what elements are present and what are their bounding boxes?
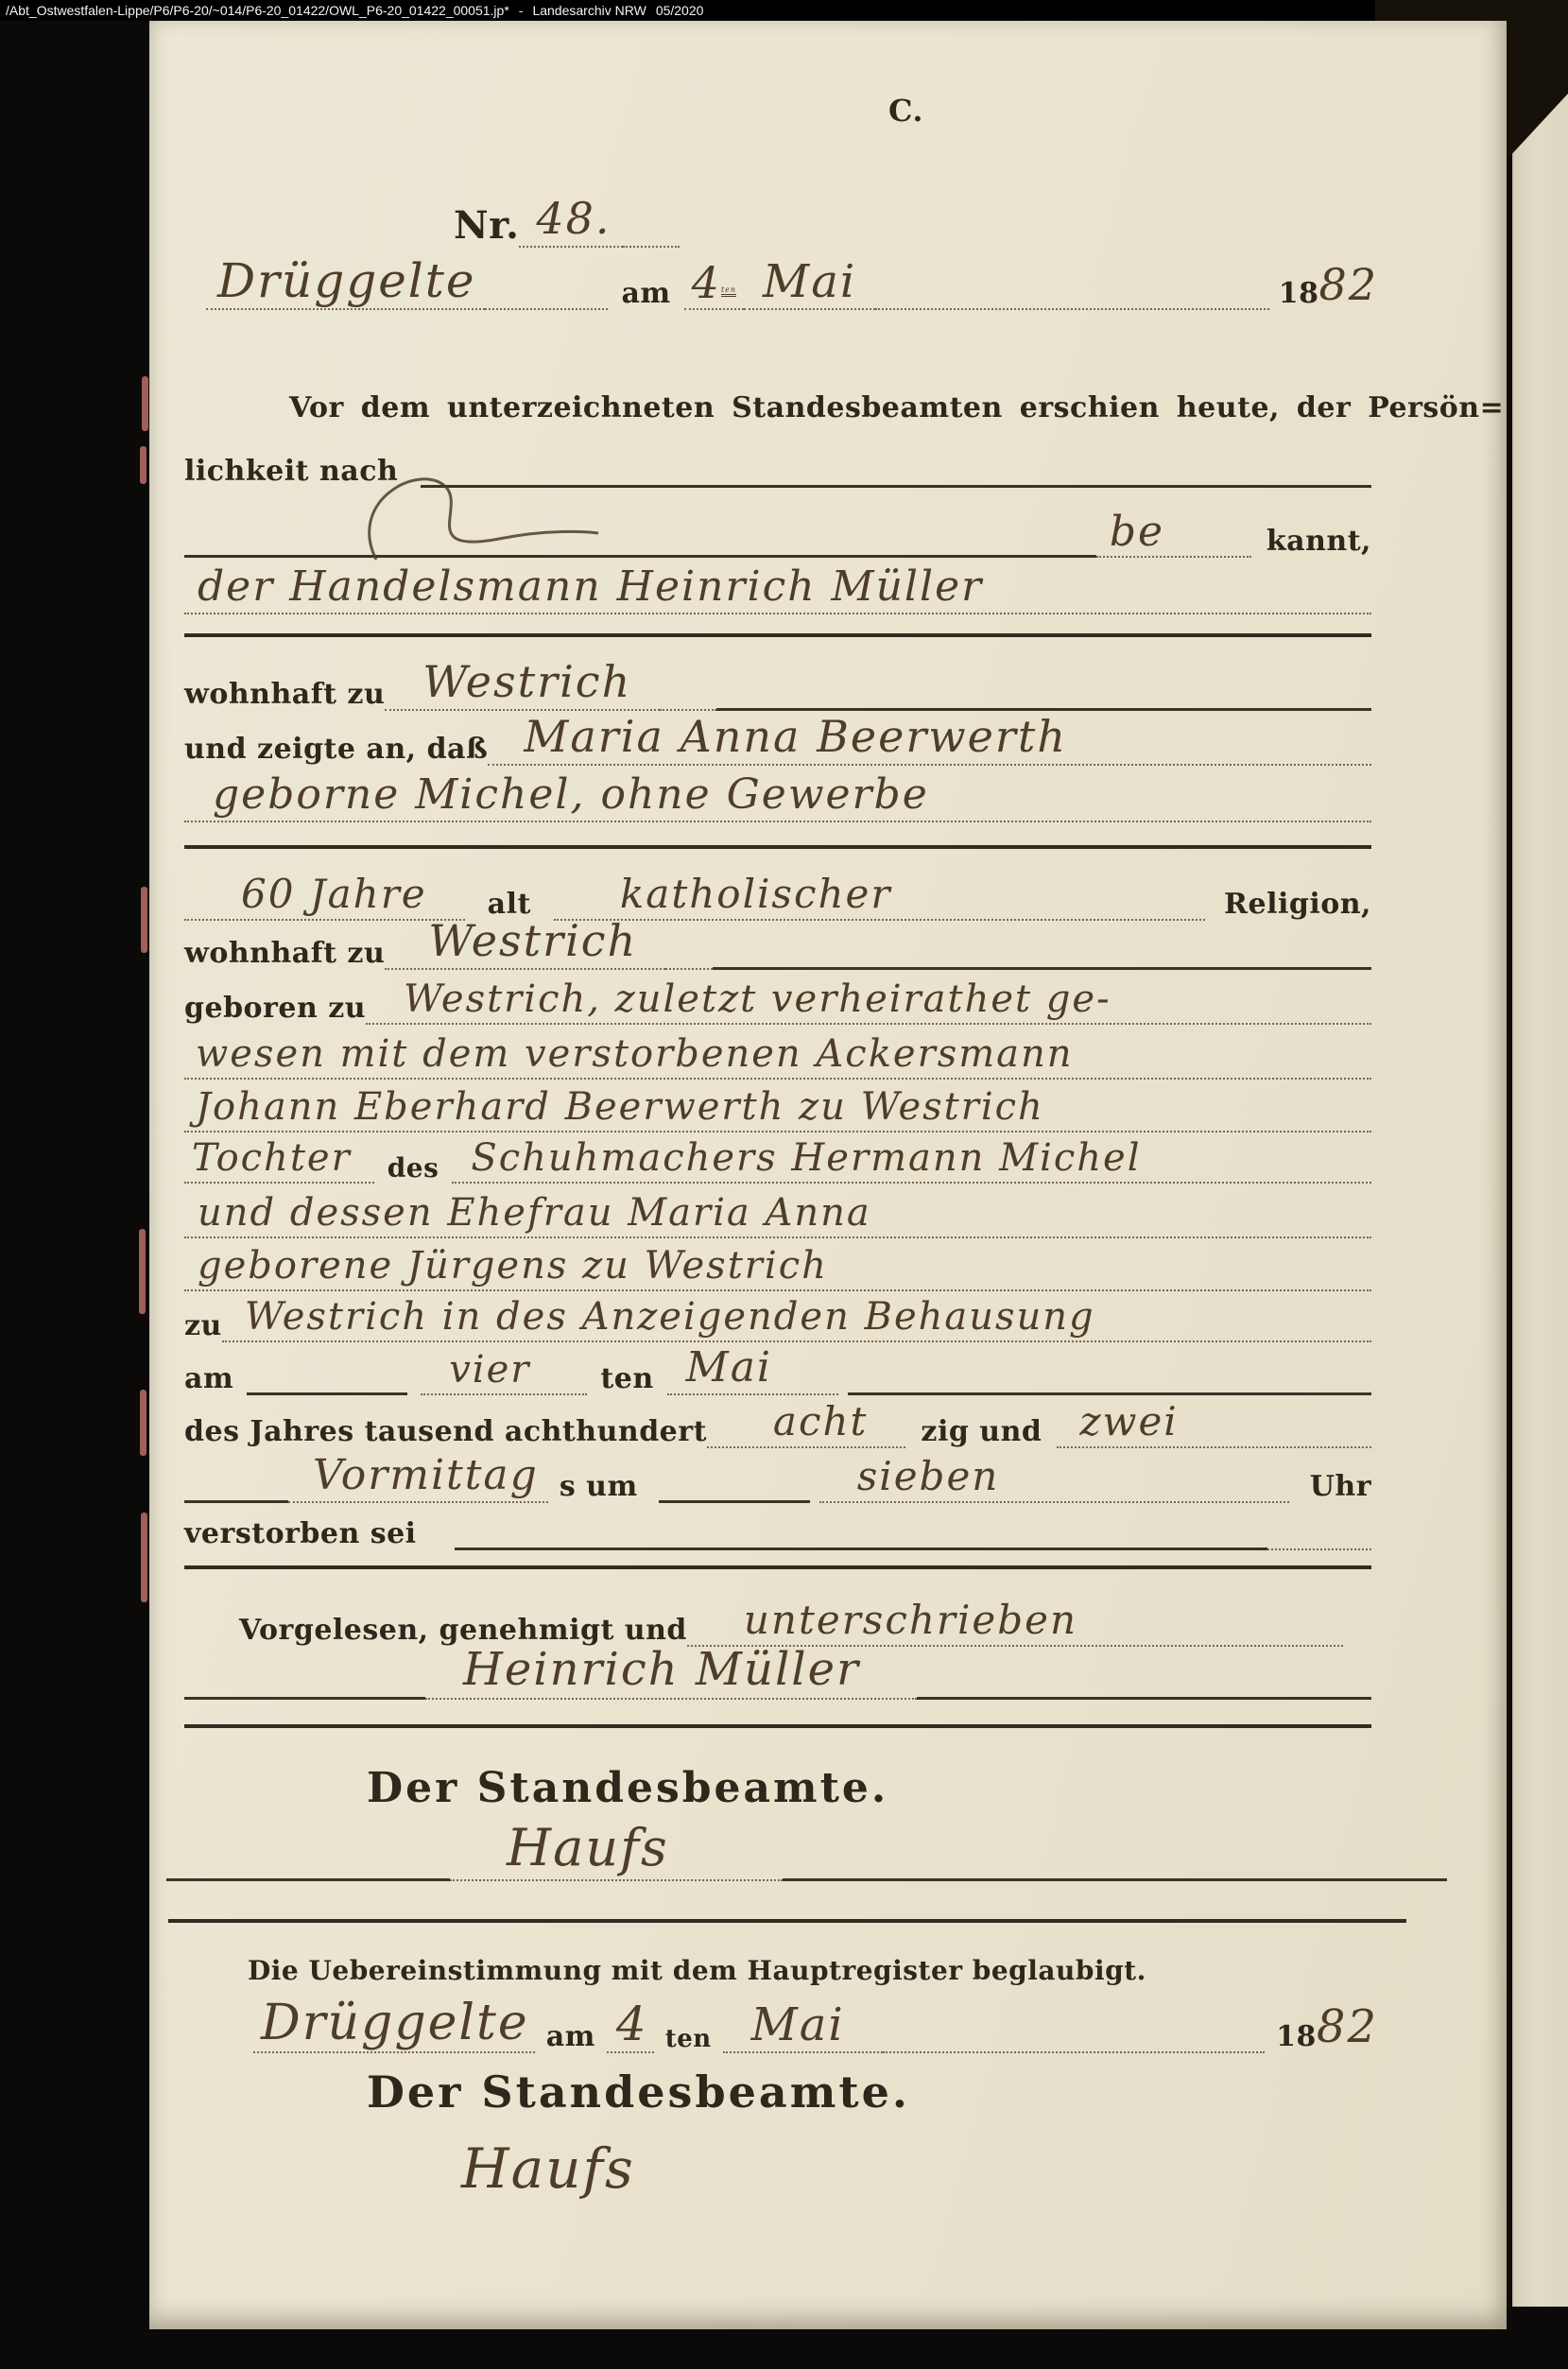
- form-corner-letter: C.: [888, 93, 923, 129]
- dateline-place: Drüggelte: [217, 253, 475, 308]
- registrar-signature-line-1: Haufs: [166, 1815, 1447, 1881]
- known-line: be kannt,: [184, 501, 1371, 558]
- blank-line: [665, 968, 713, 970]
- blank-line: [713, 967, 1371, 970]
- record-number: Nr. 48.: [454, 193, 737, 248]
- daughter-printed: des: [388, 1152, 439, 1184]
- death-am: am: [184, 1362, 233, 1395]
- age-value: 60 Jahre: [241, 871, 427, 917]
- marriage-line: wesen mit dem verstorbenen Ackersmann: [184, 1025, 1371, 1080]
- declarant-line: der Handelsmann Heinrich Müller: [184, 550, 1371, 614]
- death-year-line: des Jahres tausend achthundert acht zig …: [184, 1395, 1371, 1448]
- death-ten: ten: [600, 1362, 653, 1395]
- registrar-signature-1: Haufs: [507, 1818, 669, 1877]
- form-rule: [184, 633, 1371, 637]
- time-written-1: Vormittag: [313, 1451, 539, 1499]
- blank-line: [184, 1697, 425, 1700]
- blank-line: [455, 1548, 1267, 1550]
- registrar-heading-2: Der Standesbeamte.: [367, 2066, 910, 2118]
- residence-1-value: Westrich: [422, 656, 631, 707]
- record-number-label: Nr.: [454, 203, 519, 248]
- titlebar-separator: -: [519, 3, 524, 18]
- blank-line: [485, 308, 608, 310]
- edge-mark: [140, 1390, 146, 1456]
- father-name: Schuhmachers Hermann Michel: [471, 1136, 1141, 1180]
- year-tens-written: acht: [773, 1398, 869, 1444]
- blank-line: [184, 1500, 288, 1503]
- dateline-year-written: 82: [1318, 259, 1378, 310]
- time-printed-2: Uhr: [1310, 1470, 1371, 1503]
- dateline-year-printed: 18: [1279, 277, 1319, 310]
- registrar-heading-1: Der Standesbeamte.: [367, 1764, 888, 1812]
- blank-line: [883, 2051, 1265, 2053]
- dateline-day-suffix: ten: [721, 285, 736, 297]
- blank-line: [421, 485, 1371, 488]
- mother-text-1: und dessen Ehefrau Maria Anna: [184, 1191, 871, 1236]
- next-page-edge: [1512, 26, 1568, 2307]
- dateline-day: 4: [692, 257, 721, 308]
- time-printed-1: s um: [560, 1470, 638, 1503]
- declarant-name: der Handelsmann Heinrich Müller: [184, 562, 983, 613]
- residence-1-label: wohnhaft zu: [184, 678, 385, 711]
- born-value: Westrich, zuletzt verheirathet ge-: [404, 977, 1111, 1021]
- mother-text-2: geborene Jürgens zu Westrich: [184, 1244, 828, 1289]
- residence-line-2: wohnhaft zu Westrich: [184, 915, 1371, 970]
- approval-written: unterschrieben: [744, 1597, 1077, 1643]
- mother-line-1: und dessen Ehefrau Maria Anna: [184, 1184, 1371, 1238]
- notice-label: und zeigte an, daß: [184, 733, 488, 766]
- edge-mark: [139, 1229, 146, 1314]
- daughter-line: Tochter des Schuhmachers Hermann Michel: [184, 1131, 1371, 1184]
- closing-printed: verstorben sei: [184, 1517, 417, 1550]
- register-page: C. Nr. 48. Drüggelte am 4ten Mai 18 82: [149, 21, 1507, 2329]
- cert-am: am: [546, 2020, 595, 2053]
- file-path: /Abt_Ostwestfalen-Lippe/P6/P6-20/~014/P6…: [6, 3, 509, 18]
- form-rule: [184, 845, 1371, 849]
- death-day: vier: [449, 1348, 530, 1392]
- residence-line-1: wohnhaft zu Westrich: [184, 656, 1371, 711]
- daughter-written: Tochter: [192, 1136, 352, 1180]
- record-number-value: 48.: [536, 193, 611, 244]
- form-rule: [184, 1565, 1371, 1569]
- residence-2-label: wohnhaft zu: [184, 937, 385, 970]
- notice-line: und zeigte an, daß Maria Anna Beerwerth: [184, 711, 1371, 766]
- cert-dateline: Drüggelte am 4 ten Mai 18 82: [253, 1995, 1378, 2053]
- dateline: Drüggelte am 4ten Mai 18 82: [206, 253, 1378, 310]
- death-time-line: Vormittag s um sieben Uhr: [184, 1448, 1371, 1503]
- certification-line: Die Uebereinstimmung mit dem Hauptregist…: [248, 1955, 1146, 1986]
- cert-ten: ten: [665, 2025, 712, 2053]
- age-religion-line: 60 Jahre alt katholischer Religion,: [184, 868, 1371, 921]
- dateline-month: Mai: [763, 255, 856, 308]
- closing-line: verstorben sei: [184, 1507, 1371, 1550]
- marriage-text: wesen mit dem verstorbenen Ackersmann: [184, 1032, 1074, 1078]
- known-written: be: [1110, 508, 1164, 556]
- intro-line-1: Vor dem unterzeichneten Standesbeamten e…: [289, 391, 1504, 424]
- cert-year-written: 82: [1317, 2000, 1378, 2053]
- death-date-line: am vier ten Mai: [184, 1342, 1371, 1395]
- deceased-name: Maria Anna Beerwerth: [524, 711, 1067, 762]
- husband-line: Johann Eberhard Beerwerth zu Westrich: [184, 1078, 1371, 1133]
- edge-mark: [141, 887, 147, 953]
- mother-line-2: geborene Jürgens zu Westrich: [184, 1236, 1371, 1291]
- blank-line: [623, 246, 680, 248]
- edge-mark: [142, 376, 148, 431]
- viewer-titlebar: /Abt_Ostwestfalen-Lippe/P6/P6-20/~014/P6…: [0, 0, 1568, 21]
- blank-line: [917, 1697, 1371, 1700]
- intro-line-2: lichkeit nach: [184, 448, 1371, 488]
- year-ones-written: zwei: [1079, 1398, 1178, 1444]
- edge-mark: [141, 1513, 147, 1602]
- form-rule: [184, 1724, 1371, 1728]
- form-rule: [168, 1919, 1406, 1923]
- husband-text: Johann Eberhard Beerwerth zu Westrich: [184, 1085, 1044, 1131]
- religion-value: katholischer: [620, 871, 892, 917]
- death-place-written: Westrich in des Anzeigenden Behausung: [245, 1295, 1095, 1339]
- born-line: geboren zu Westrich, zuletzt verheirathe…: [184, 972, 1371, 1025]
- declarant-signature: Heinrich Müller: [463, 1643, 860, 1696]
- cert-day: 4: [616, 1997, 648, 2051]
- intro-line-2-label: lichkeit nach: [184, 455, 398, 488]
- cert-month: Mai: [751, 1998, 845, 2051]
- archive-scan-viewer: /Abt_Ostwestfalen-Lippe/P6/P6-20/~014/P6…: [0, 0, 1568, 2369]
- blank-line: [783, 1878, 1447, 1881]
- death-place-line: zu Westrich in des Anzeigenden Behausung: [184, 1289, 1371, 1342]
- year-printed-2: zig und: [921, 1415, 1042, 1448]
- registrar-signature-2: Haufs: [461, 2136, 635, 2201]
- death-month: Mai: [686, 1343, 772, 1392]
- deceased-line-2: geborne Michel, ohne Gewerbe: [184, 766, 1371, 822]
- blank-line: [659, 1500, 810, 1503]
- residence-2-value: Westrich: [428, 915, 637, 966]
- cert-year-printed: 18: [1276, 2020, 1317, 2053]
- archive-name: Landesarchiv NRW: [532, 3, 646, 18]
- blank-line: [1267, 1548, 1371, 1550]
- scan-date: 05/2020: [656, 3, 704, 18]
- dateline-am: am: [621, 277, 670, 310]
- edge-mark: [140, 446, 146, 484]
- death-place-printed: zu: [184, 1309, 222, 1342]
- deceased-name-2: geborne Michel, ohne Gewerbe: [184, 770, 929, 821]
- born-label: geboren zu: [184, 992, 366, 1025]
- cert-place: Drüggelte: [261, 1995, 529, 2051]
- time-written-2: sieben: [857, 1453, 1000, 1499]
- declarant-signature-line: Heinrich Müller: [184, 1639, 1371, 1700]
- blank-line: [875, 308, 1269, 310]
- year-printed-1: des Jahres tausend achthundert: [184, 1415, 707, 1448]
- blank-line: [166, 1878, 450, 1881]
